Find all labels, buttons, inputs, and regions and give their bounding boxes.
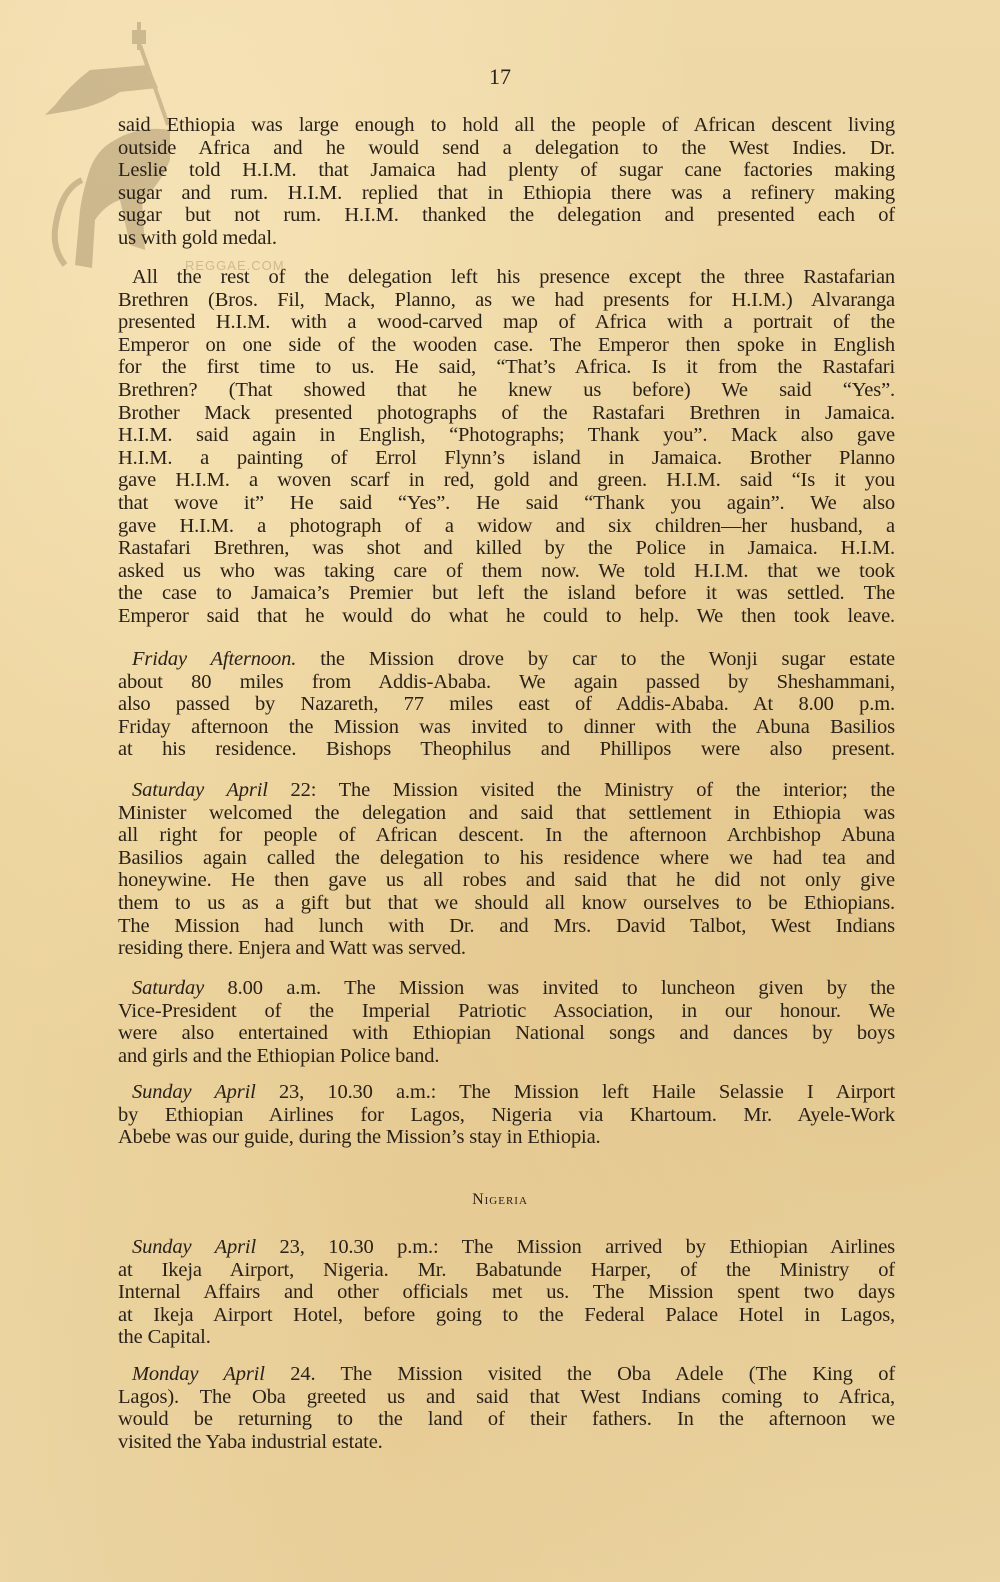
- text-line: Brethren (Bros. Fil, Mack, Planno, as we…: [118, 289, 895, 312]
- paragraph-lead: Saturday: [132, 977, 204, 999]
- text-fragment: 8.00 a.m. The Mission was invited to lun…: [204, 977, 895, 999]
- page-number: 17: [0, 64, 1000, 90]
- paragraph-sunday-arrival-nigeria: Sunday April 23, 10.30 p.m.: The Mission…: [118, 1236, 895, 1349]
- text-line: presented H.I.M. with a wood-carved map …: [118, 311, 895, 334]
- text-line: at his residence. Bishops Theophilus and…: [118, 738, 895, 761]
- text-line: gave H.I.M. a woven scarf in red, gold a…: [118, 469, 895, 492]
- text-line: asked us who was taking care of them now…: [118, 560, 895, 583]
- text-line: the case to Jamaica’s Premier but left t…: [118, 582, 895, 605]
- text-line: Minister welcomed the delegation and sai…: [118, 802, 895, 825]
- text-line: gave H.I.M. a photograph of a widow and …: [118, 515, 895, 538]
- text-line: Emperor on one side of the wooden case. …: [118, 334, 895, 357]
- text-line: Saturday April 22: The Mission visited t…: [118, 779, 895, 802]
- paragraph-sunday-departure: Sunday April 23, 10.30 a.m.: The Mission…: [118, 1081, 895, 1149]
- text-line: Lagos). The Oba greeted us and said that…: [118, 1386, 895, 1409]
- text-line: Friday afternoon the Mission was invited…: [118, 716, 895, 739]
- text-line: said Ethiopia was large enough to hold a…: [118, 114, 895, 137]
- text-line: H.I.M. said again in English, “Photograp…: [118, 424, 895, 447]
- text-line: visited the Yaba industrial estate.: [118, 1431, 895, 1454]
- text-fragment: 24. The Mission visited the Oba Adele (T…: [265, 1363, 895, 1385]
- text-line: residing there. Enjera and Watt was serv…: [118, 937, 895, 960]
- text-line: Emperor said that he would do what he co…: [118, 605, 895, 628]
- text-line: also passed by Nazareth, 77 miles east o…: [118, 693, 895, 716]
- paragraph-monday-april-24: Monday April 24. The Mission visited the…: [118, 1363, 895, 1453]
- text-line: would be returning to the land of their …: [118, 1408, 895, 1431]
- text-line: the Capital.: [118, 1326, 895, 1349]
- paragraph-audience-continued: said Ethiopia was large enough to hold a…: [118, 114, 895, 250]
- paragraph-saturday-luncheon: Saturday 8.00 a.m. The Mission was invit…: [118, 977, 895, 1067]
- paragraph-lead: Friday Afternoon.: [132, 648, 296, 670]
- text-line: were also entertained with Ethiopian Nat…: [118, 1022, 895, 1045]
- text-line: at Ikeja Airport, Nigeria. Mr. Babatunde…: [118, 1259, 895, 1282]
- text-line: H.I.M. a painting of Errol Flynn’s islan…: [118, 447, 895, 470]
- text-line: outside Africa and he would send a deleg…: [118, 137, 895, 160]
- paragraph-friday-afternoon: Friday Afternoon. the Mission drove by c…: [118, 648, 895, 761]
- text-line: about 80 miles from Addis-Ababa. We agai…: [118, 671, 895, 694]
- text-line: The Mission had lunch with Dr. and Mrs. …: [118, 915, 895, 938]
- text-line: All the rest of the delegation left his …: [118, 266, 895, 289]
- paragraph-saturday-april-22: Saturday April 22: The Mission visited t…: [118, 779, 895, 960]
- text-line: them to us as a gift but that we should …: [118, 892, 895, 915]
- text-line: Friday Afternoon. the Mission drove by c…: [118, 648, 895, 671]
- text-line: Saturday 8.00 a.m. The Mission was invit…: [118, 977, 895, 1000]
- paragraph-lead: Monday April: [132, 1363, 265, 1385]
- paragraph-lead: Sunday April: [132, 1081, 256, 1103]
- text-line: and girls and the Ethiopian Police band.: [118, 1045, 895, 1068]
- section-heading-nigeria: Nigeria: [0, 1191, 1000, 1209]
- paragraph-rastafarian-presents: All the rest of the delegation left his …: [118, 266, 895, 628]
- paragraph-lead: Sunday April: [132, 1236, 256, 1258]
- text-line: Rastafari Brethren, was shot and killed …: [118, 537, 895, 560]
- text-fragment: 23, 10.30 p.m.: The Mission arrived by E…: [256, 1236, 895, 1258]
- text-fragment: 23, 10.30 a.m.: The Mission left Haile S…: [256, 1081, 895, 1103]
- text-line: sugar and rum. H.I.M. replied that in Et…: [118, 182, 895, 205]
- text-line: us with gold medal.: [118, 227, 895, 250]
- text-line: Sunday April 23, 10.30 p.m.: The Mission…: [118, 1236, 895, 1259]
- text-line: Sunday April 23, 10.30 a.m.: The Mission…: [118, 1081, 895, 1104]
- text-fragment: 22: The Mission visited the Ministry of …: [268, 779, 895, 801]
- text-line: for the first time to us. He said, “That…: [118, 356, 895, 379]
- paragraph-lead: Saturday April: [132, 779, 268, 801]
- text-line: Leslie told H.I.M. that Jamaica had plen…: [118, 159, 895, 182]
- text-line: Brethren? (That showed that he knew us b…: [118, 379, 895, 402]
- text-line: honeywine. He then gave us all robes and…: [118, 869, 895, 892]
- text-line: Abebe was our guide, during the Mission’…: [118, 1126, 895, 1149]
- text-line: at Ikeja Airport Hotel, before going to …: [118, 1304, 895, 1327]
- text-line: all right for people of African descent.…: [118, 824, 895, 847]
- text-line: that wove it” He said “Yes”. He said “Th…: [118, 492, 895, 515]
- text-fragment: the Mission drove by car to the Wonji su…: [296, 648, 895, 670]
- text-line: sugar but not rum. H.I.M. thanked the de…: [118, 204, 895, 227]
- text-line: by Ethiopian Airlines for Lagos, Nigeria…: [118, 1104, 895, 1127]
- text-line: Internal Affairs and other officials met…: [118, 1281, 895, 1304]
- text-line: Vice-President of the Imperial Patriotic…: [118, 1000, 895, 1023]
- text-line: Monday April 24. The Mission visited the…: [118, 1363, 895, 1386]
- text-line: Basilios again called the delegation to …: [118, 847, 895, 870]
- text-line: Brother Mack presented photographs of th…: [118, 402, 895, 425]
